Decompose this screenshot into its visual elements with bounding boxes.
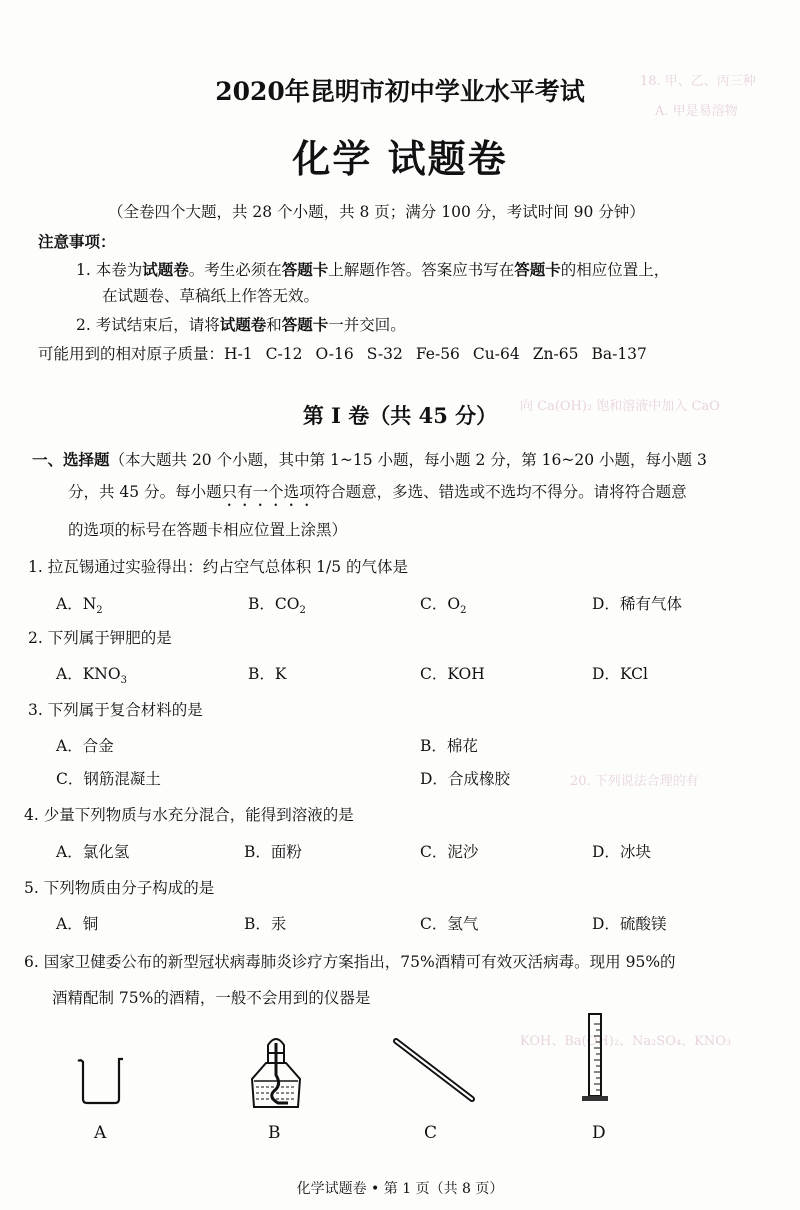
option-key: B．	[244, 915, 271, 933]
note-text: 和	[266, 316, 282, 334]
part-title: 第 I 卷（共 45 分）	[0, 400, 800, 430]
q2-option-c[interactable]: C．KOH	[420, 662, 485, 684]
option-value: 氯化氢	[83, 843, 130, 861]
option-key: D．	[592, 665, 620, 683]
atomic-mass: Cu-64	[473, 345, 520, 363]
option-key: B．	[248, 665, 275, 683]
option-value: KNO	[83, 665, 121, 683]
q3-option-b[interactable]: B．棉花	[420, 734, 478, 756]
atomic-mass: Fe-56	[416, 345, 460, 363]
subscript: 3	[121, 675, 127, 686]
exam-title: 2020年昆明市初中学业水平考试	[0, 72, 800, 108]
option-value: 泥沙	[447, 843, 478, 861]
q1-option-a[interactable]: A．N2	[56, 592, 103, 616]
option-value: 汞	[271, 915, 287, 933]
bleed-through-text: 20. 下列说法合理的有	[570, 770, 699, 789]
beaker-icon	[75, 1055, 125, 1107]
atomic-mass: Zn-65	[533, 345, 579, 363]
page-footer: 化学试题卷 • 第 1 页（共 8 页）	[0, 1178, 800, 1198]
note-text: 一并交回。	[328, 316, 406, 334]
q5-option-a[interactable]: A．铜	[56, 912, 98, 934]
option-value: 硫酸镁	[620, 915, 667, 933]
note-2: 2. 考试结束后，请将试题卷和答题卡一并交回。	[76, 313, 406, 335]
option-key: C．	[420, 595, 447, 613]
q5-option-c[interactable]: C．氢气	[420, 912, 478, 934]
question-2-stem: 2. 下列属于钾肥的是	[28, 626, 172, 648]
option-key: A．	[56, 843, 83, 861]
atomic-mass: O-16	[315, 345, 353, 363]
question-4-stem: 4. 少量下列物质与水充分混合，能得到溶液的是	[24, 803, 354, 825]
note-text: 2. 考试结束后，请将	[76, 316, 220, 334]
option-value: 稀有气体	[620, 595, 682, 613]
section-text: （本大题共 20 个小题，其中第 1~15 小题，每小题 2 分，第 16~20…	[110, 451, 707, 469]
q5-option-d[interactable]: D．硫酸镁	[592, 912, 666, 934]
question-6-stem: 6. 国家卫健委公布的新型冠状病毒肺炎诊疗方案指出，75%酒精可有效灭活病毒。现…	[24, 950, 676, 972]
q1-option-b[interactable]: B．CO2	[248, 592, 306, 616]
note-bold: 答题卡	[514, 260, 561, 279]
q4-option-a[interactable]: A．氯化氢	[56, 840, 129, 862]
figure-label-d: D	[592, 1123, 606, 1143]
section-heading: 一、选择题	[32, 450, 110, 469]
option-value: K	[275, 665, 287, 683]
section-instructions-line2: 分，共 45 分。每小题只有一个选项符合题意，多选、错选或不选均不得分。请将符合…	[68, 480, 687, 510]
section-text: 分，共 45 分。每小题	[68, 483, 222, 501]
option-key: A．	[56, 595, 83, 613]
atomic-mass: C-12	[266, 345, 303, 363]
atomic-masses-label: 可能用到的相对原子质量：	[38, 345, 224, 363]
option-key: A．	[56, 665, 83, 683]
figure-label-c: C	[424, 1123, 437, 1143]
question-5-stem: 5. 下列物质由分子构成的是	[24, 876, 214, 898]
atomic-mass: Ba-137	[591, 345, 646, 363]
option-value: 合金	[83, 737, 114, 755]
option-key: A．	[56, 915, 83, 933]
q4-option-b[interactable]: B．面粉	[244, 840, 302, 862]
option-key: B．	[244, 843, 271, 861]
option-key: D．	[420, 770, 448, 788]
question-1-stem: 1. 拉瓦锡通过实验得出：约占空气总体积 1/5 的气体是	[28, 555, 408, 577]
emphasis-text: 只有一个选项	[222, 483, 315, 501]
option-key: A．	[56, 737, 83, 755]
figure-label-b: B	[268, 1123, 281, 1143]
subscript: 2	[96, 605, 102, 616]
note-bold: 答题卡	[282, 315, 329, 334]
question-3-stem: 3. 下列属于复合材料的是	[28, 698, 203, 720]
atomic-mass: S-32	[367, 345, 403, 363]
figure-label-a: A	[94, 1123, 106, 1143]
exam-info: （全卷四个大题，共 28 个小题，共 8 页；满分 100 分，考试时间 90 …	[108, 200, 645, 222]
q3-option-d[interactable]: D．合成橡胶	[420, 767, 510, 789]
atomic-masses: 可能用到的相对原子质量：H-1C-12O-16S-32Fe-56Cu-64Zn-…	[38, 342, 660, 364]
alcohol-lamp-icon	[248, 1035, 304, 1111]
option-key: D．	[592, 595, 620, 613]
q4-option-d[interactable]: D．冰块	[592, 840, 651, 862]
bleed-through-text: KOH、Ba(OH)₂、Na₂SO₄、KNO₃	[520, 1030, 731, 1049]
q2-option-d[interactable]: D．KCl	[592, 662, 648, 684]
question-6-stem-line2: 酒精配制 75%的酒精，一般不会用到的仪器是	[52, 986, 370, 1008]
q2-option-b[interactable]: B．K	[248, 662, 286, 684]
option-value: 钢筋混凝土	[83, 770, 161, 788]
option-value: CO	[275, 595, 300, 613]
paper-title: 化学 试题卷	[0, 128, 800, 183]
option-value: O	[447, 595, 460, 613]
option-value: 棉花	[447, 737, 478, 755]
option-value: 氢气	[447, 915, 478, 933]
note-bold: 试题卷	[220, 315, 267, 334]
q1-option-c[interactable]: C．O2	[420, 592, 466, 616]
option-key: C．	[420, 843, 447, 861]
option-key: D．	[592, 915, 620, 933]
option-key: B．	[420, 737, 447, 755]
note-bold: 答题卡	[282, 260, 329, 279]
q3-option-c[interactable]: C．钢筋混凝土	[56, 767, 161, 789]
option-key: B．	[248, 595, 275, 613]
note-1-continued: 在试题卷、草稿纸上作答无效。	[102, 284, 319, 306]
note-text: 的相应位置上，	[561, 261, 670, 279]
note-text: 上解题作答。答案应书写在	[328, 261, 514, 279]
option-key: C．	[56, 770, 83, 788]
section-text: 符合题意，多选、错选或不选均不得分。请将符合题意	[315, 483, 687, 501]
option-value: 面粉	[271, 843, 302, 861]
glass-rod-icon	[390, 1035, 480, 1105]
option-value: 冰块	[620, 843, 651, 861]
note-bold: 试题卷	[142, 260, 189, 279]
subscript: 2	[299, 605, 305, 616]
graduated-cylinder-icon	[580, 1012, 610, 1104]
option-key: D．	[592, 843, 620, 861]
option-value: KCl	[620, 665, 648, 683]
option-key: C．	[420, 665, 447, 683]
section-instructions: 一、选择题（本大题共 20 个小题，其中第 1~15 小题，每小题 2 分，第 …	[32, 448, 707, 470]
option-value: N	[83, 595, 97, 613]
q5-option-b[interactable]: B．汞	[244, 912, 286, 934]
q2-option-a[interactable]: A．KNO3	[56, 662, 127, 686]
q4-option-c[interactable]: C．泥沙	[420, 840, 478, 862]
subscript: 2	[460, 605, 466, 616]
q1-option-d[interactable]: D．稀有气体	[592, 592, 682, 614]
atomic-mass: H-1	[224, 345, 253, 363]
q3-option-a[interactable]: A．合金	[56, 734, 114, 756]
option-key: C．	[420, 915, 447, 933]
note-text: 。考生必须在	[189, 261, 282, 279]
note-1: 1. 本卷为试题卷。考生必须在答题卡上解题作答。答案应书写在答题卡的相应位置上，	[76, 258, 669, 280]
option-value: KOH	[447, 665, 484, 683]
section-instructions-line3: 的选项的标号在答题卡相应位置上涂黑）	[68, 518, 347, 540]
note-text: 1. 本卷为	[76, 261, 142, 279]
option-value: 铜	[83, 915, 99, 933]
option-value: 合成橡胶	[448, 770, 510, 788]
notes-heading: 注意事项：	[38, 230, 116, 252]
